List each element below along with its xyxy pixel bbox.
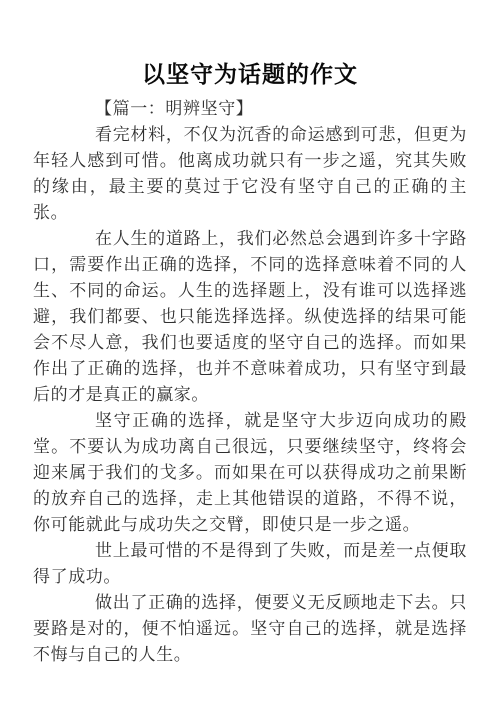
paragraph: 做出了正确的选择，便要义无反顾地走下去。只要路是对的，便不怕遥远。坚守自己的选择… bbox=[33, 590, 467, 668]
paragraph: 看完材料，不仅为沉香的命运感到可悲，但更为年轻人感到可惜。他离成功就只有一步之遥… bbox=[33, 122, 467, 226]
section-heading: 【篇一：明辨坚守】 bbox=[33, 96, 467, 122]
essay-title: 以坚守为话题的作文 bbox=[0, 59, 500, 89]
paragraph: 坚守正确的选择，就是坚守大步迈向成功的殿堂。不要认为成功离自己很远，只要继续坚守… bbox=[33, 408, 467, 538]
document-page: 以坚守为话题的作文 【篇一：明辨坚守】 看完材料，不仅为沉香的命运感到可悲，但更… bbox=[0, 0, 500, 707]
essay-body: 【篇一：明辨坚守】 看完材料，不仅为沉香的命运感到可悲，但更为年轻人感到可惜。他… bbox=[0, 96, 500, 668]
paragraph: 世上最可惜的不是得到了失败，而是差一点便取得了成功。 bbox=[33, 538, 467, 590]
paragraph: 在人生的道路上，我们必然总会遇到许多十字路口，需要作出正确的选择，不同的选择意味… bbox=[33, 226, 467, 408]
